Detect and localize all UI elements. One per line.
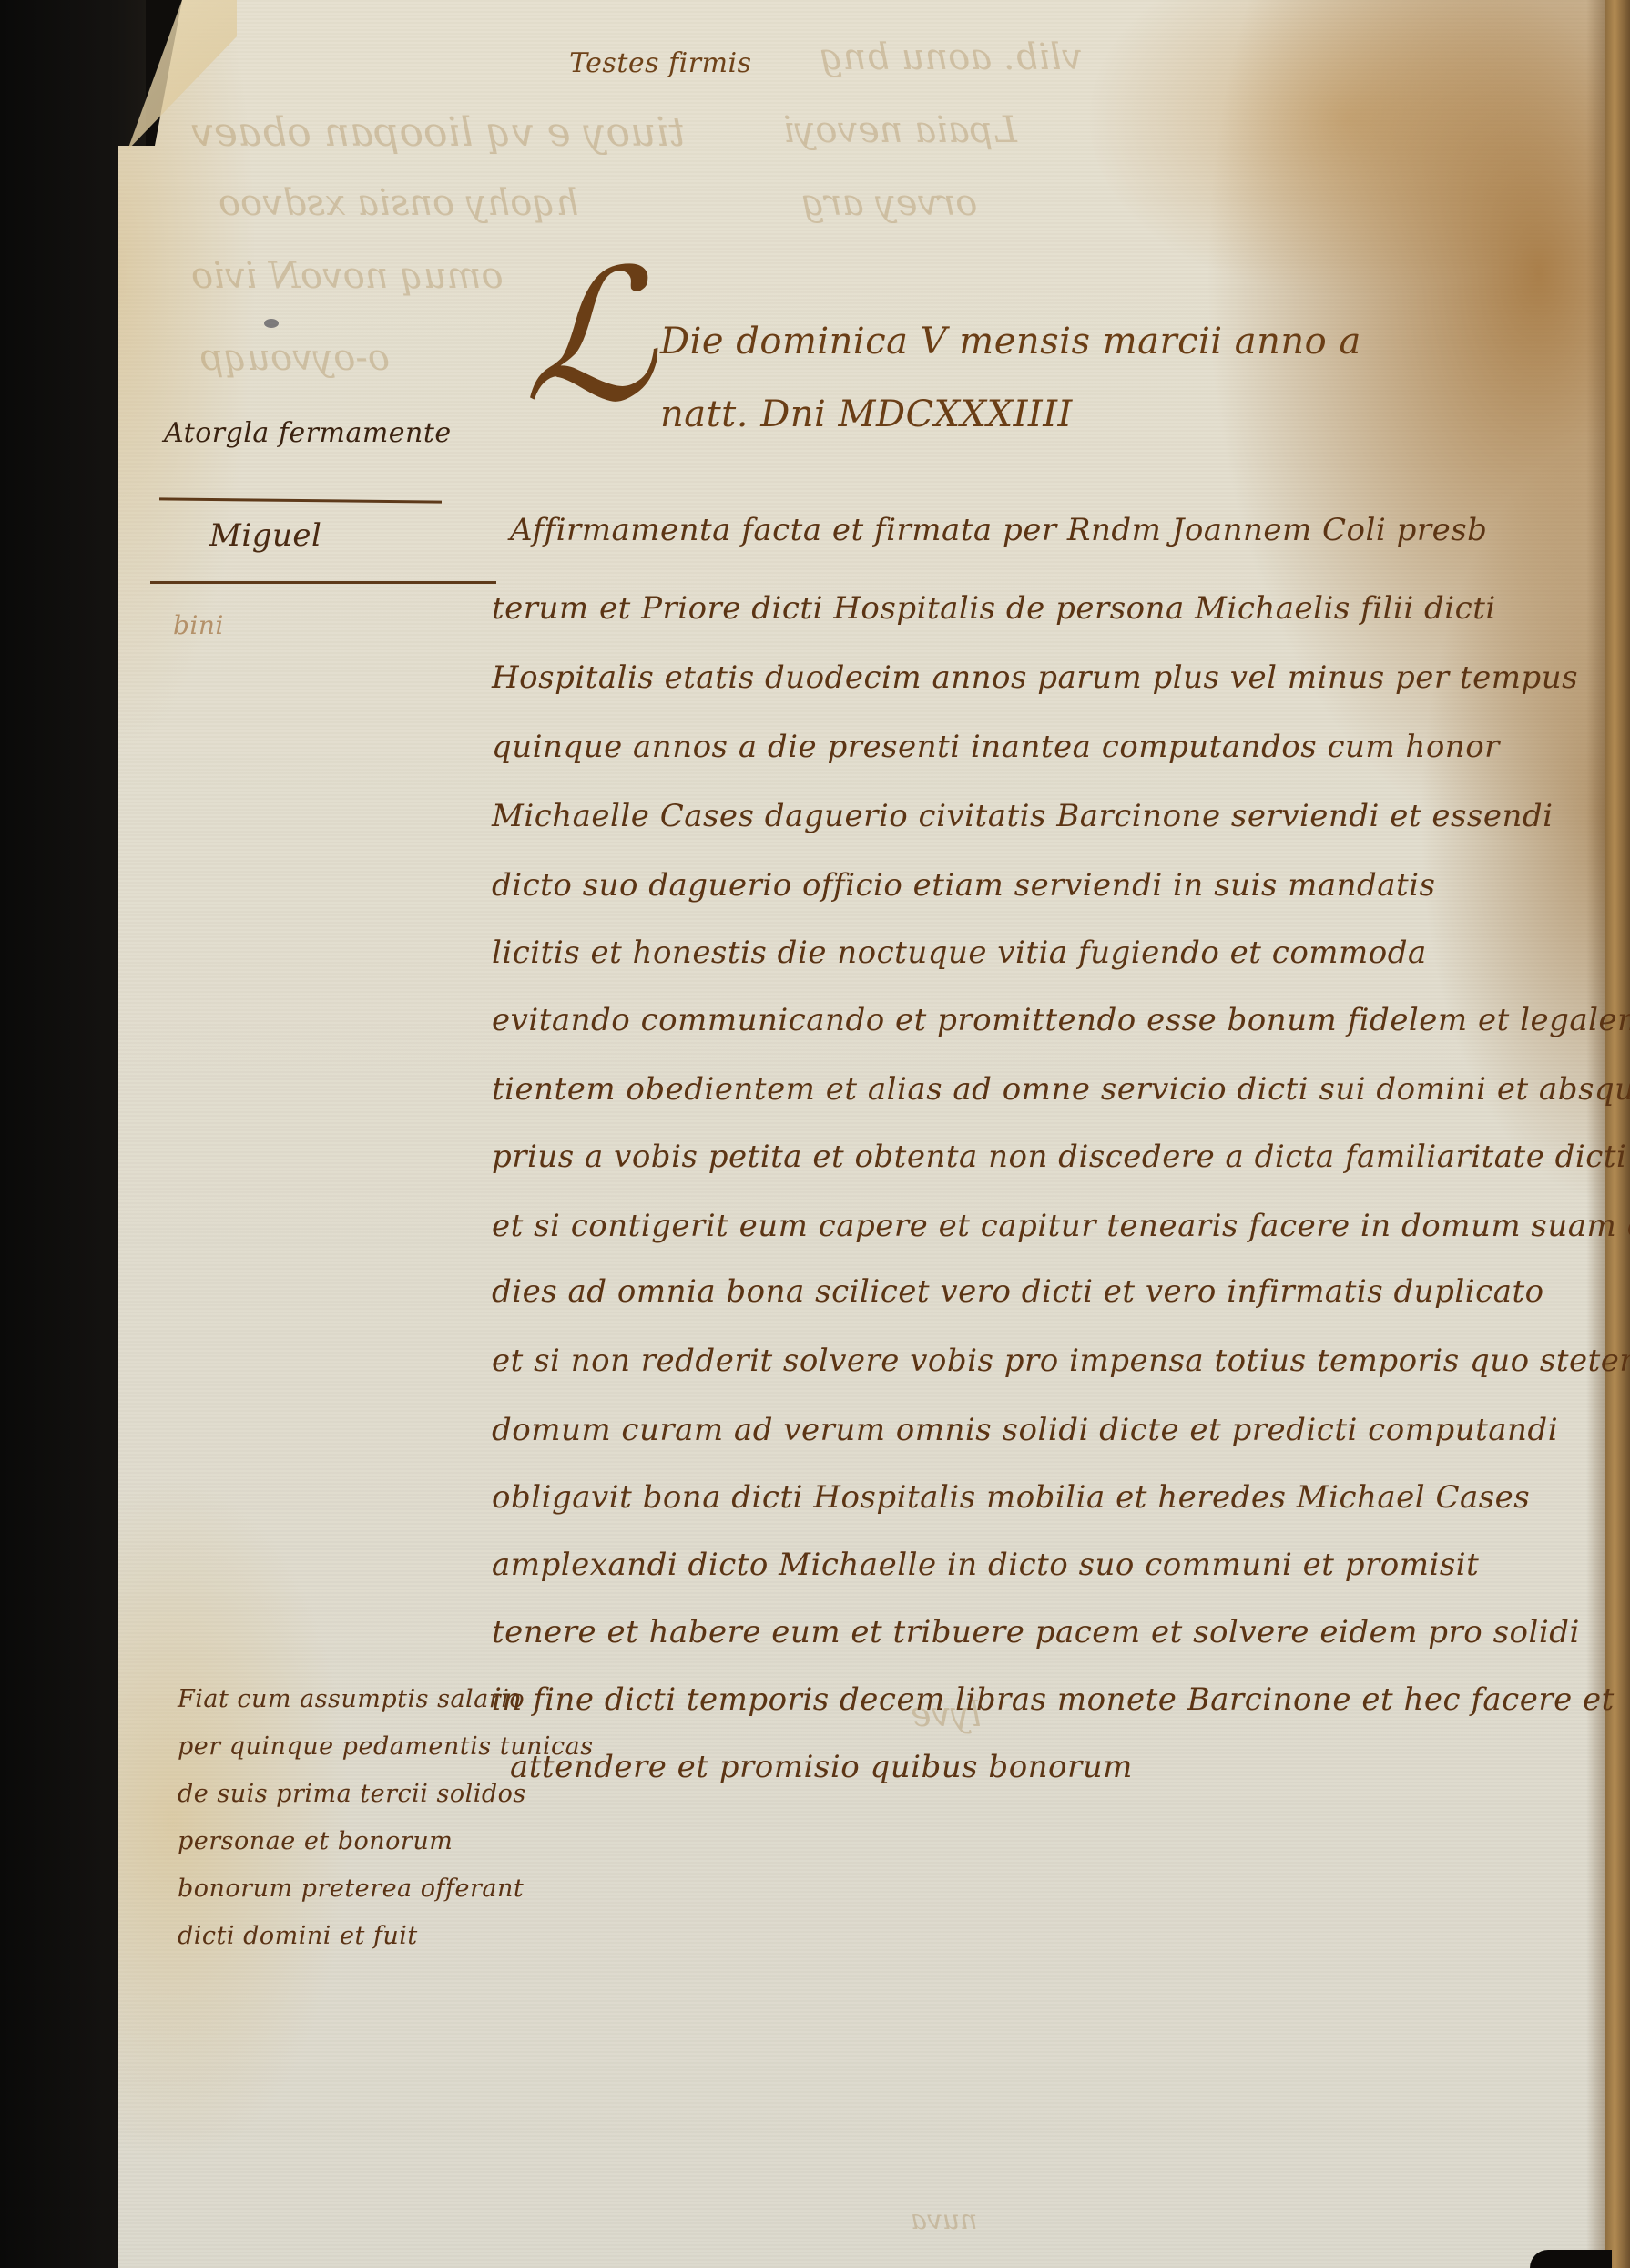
bleed-through-text: omuq novoN ivio — [191, 255, 504, 297]
body-line: amplexandi dicto Michaelle in dicto suo … — [492, 1547, 1479, 1583]
bottom-right-corner — [1530, 2250, 1612, 2268]
bleed-through-text: vlib. aonu bng — [820, 36, 1082, 78]
body-line: licitis et honestis die noctuque vitia f… — [492, 935, 1427, 971]
body-line: Affirmamenta facta et firmata per Rndm J… — [510, 512, 1487, 548]
body-line: et si non redderit solvere vobis pro imp… — [492, 1343, 1630, 1379]
body-line: terum et Priore dicti Hospitalis de pers… — [492, 590, 1496, 627]
bleed-through-text: hqohy onsia xsdvoo — [219, 182, 579, 224]
body-line: obligavit bona dicti Hospitalis mobilia … — [492, 1479, 1530, 1516]
body-line: dicto suo daguerio officio etiam servien… — [492, 867, 1436, 904]
manuscript-scan: tiuoy e vq lioopan obaev hqohy onsia xsd… — [0, 0, 1630, 2268]
heading-line-1: Die dominica V mensis marcii anno a — [660, 321, 1361, 363]
bleed-through-text: o-oyvouqp — [200, 337, 390, 379]
margin-note-atorgla: Atorgla fermamente — [164, 417, 452, 449]
decorative-initial: ℒ — [524, 246, 655, 428]
margin-list-line: bonorum preterea offerant — [178, 1865, 594, 1913]
body-line: attendere et promisio quibus bonorum — [510, 1749, 1133, 1785]
bleed-through-text: Lpaia nevoyi — [783, 109, 1017, 151]
bleed-through-text: nuva — [911, 2204, 977, 2236]
body-line: et si contigerit eum capere et capitur t… — [492, 1208, 1630, 1244]
body-line: dies ad omnia bona scilicet vero dicti e… — [492, 1273, 1544, 1310]
margin-list-line: de suis prima tercii solidos — [178, 1771, 594, 1818]
body-line: evitando communicando et promittendo ess… — [492, 1002, 1630, 1038]
margin-list-line: personae et bonorum — [178, 1818, 594, 1865]
body-line: quinque annos a die presenti inantea com… — [492, 729, 1500, 765]
top-note: Testes firmis — [569, 47, 752, 79]
margin-rule-lower — [150, 581, 496, 584]
body-line: domum curam ad verum omnis solidi dicte … — [492, 1412, 1558, 1448]
margin-list-line: dicti domini et fuit — [178, 1913, 594, 1960]
bleed-through-text: orvey arg — [801, 182, 977, 224]
margin-list: Fiat cum assumptis salario per quinque p… — [178, 1676, 594, 1960]
heading-line-2: natt. Dni MDCXXXIIII — [660, 393, 1073, 435]
body-line: tenere et habere eum et tribuere pacem e… — [492, 1614, 1580, 1650]
body-line: Michaelle Cases daguerio civitatis Barci… — [492, 798, 1554, 834]
body-line: prius a vobis petita et obtenta non disc… — [492, 1139, 1630, 1175]
margin-list-line: per quinque pedamentis tunicas — [178, 1723, 594, 1771]
body-line: tientem obedientem et alias ad omne serv… — [492, 1071, 1630, 1108]
binding-gutter — [1605, 0, 1630, 2268]
ink-spot — [264, 319, 279, 328]
bleed-through-text: tiuoy e vq lioopan obaev — [191, 109, 685, 156]
body-line: Hospitalis etatis duodecim annos parum p… — [492, 659, 1578, 696]
body-line: in fine dicti temporis decem libras mone… — [492, 1681, 1615, 1718]
binding-shadow — [1586, 0, 1605, 2268]
margin-note-miguel: Miguel — [209, 517, 321, 554]
margin-note-faint: bini — [173, 610, 224, 640]
margin-list-line: Fiat cum assumptis salario — [178, 1676, 594, 1723]
